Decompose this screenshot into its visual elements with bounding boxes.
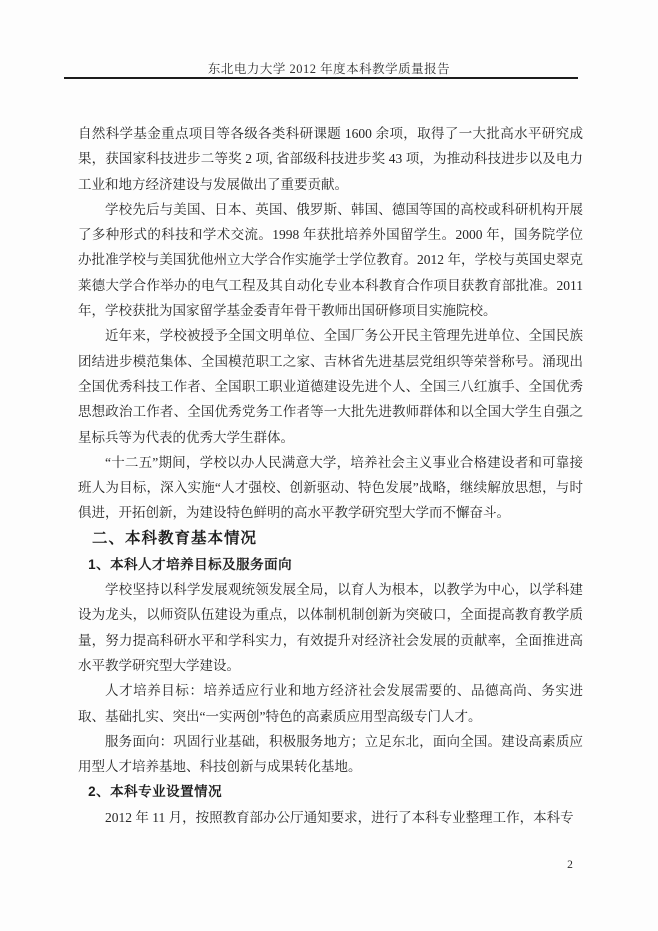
document-page: 东北电力大学 2012 年度本科教学质量报告 自然科学基金重点项目等各级各类科研… [0, 0, 658, 931]
paragraph-major-adjustment: 2012 年 11 月，按照教育部办公厅通知要求，进行了本科专业整理工作，本科专 [78, 805, 583, 830]
page-number: 2 [560, 859, 580, 871]
running-header-title: 东北电力大学 2012 年度本科教学质量报告 [0, 62, 658, 76]
paragraph-research-achievements: 自然科学基金重点项目等各级各类科研课题 1600 余项，取得了一大批高水平研究成… [78, 121, 583, 197]
paragraph-service-orientation: 服务面向：巩固行业基础，积极服务地方；立足东北，面向全国。建设高素质应用型人才培… [78, 729, 583, 780]
paragraph-international-cooperation: 学校先后与美国、日本、英国、俄罗斯、韩国、德国等国的高校或科研机构开展了多种形式… [78, 197, 583, 323]
paragraph-twelfth-five-year-plan: “十二五”期间，学校以办人民满意大学，培养社会主义事业合格建设者和可靠接班人为目… [78, 450, 583, 526]
section-heading-undergraduate-education-basics: 二、本科教育基本情况 [78, 526, 583, 552]
document-body: 自然科学基金重点项目等各级各类科研课题 1600 余项，取得了一大批高水平研究成… [78, 121, 583, 830]
subsection-heading-talent-training-goals: 1、本科人才培养目标及服务面向 [78, 552, 583, 577]
header-rule [64, 77, 578, 79]
subsection-heading-major-setup: 2、本科专业设置情况 [78, 779, 583, 804]
paragraph-honors: 近年来，学校被授予全国文明单位、全国厂务公开民主管理先进单位、全国民族团结进步模… [78, 323, 583, 449]
paragraph-talent-training-goal: 人才培养目标：培养适应行业和地方经济社会发展需要的、品德高尚、务实进取、基础扎实… [78, 678, 583, 729]
paragraph-development-outline: 学校坚持以科学发展观统领发展全局，以育人为根本，以教学为中心，以学科建设为龙头，… [78, 577, 583, 678]
